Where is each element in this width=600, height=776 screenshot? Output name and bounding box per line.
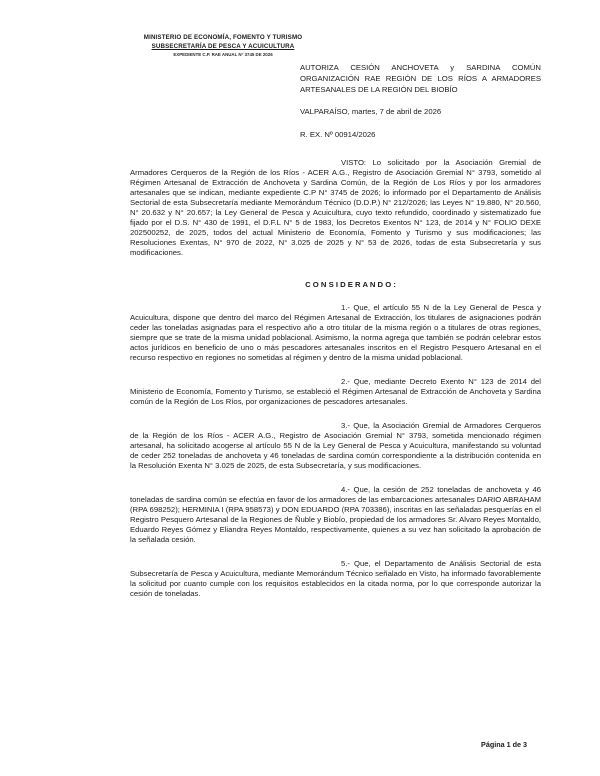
letterhead: MINISTERIO DE ECONOMÍA, FOMENTO Y TURISM…: [108, 33, 338, 59]
ministry-name: MINISTERIO DE ECONOMÍA, FOMENTO Y TURISM…: [108, 33, 338, 42]
subsecretaria-name: SUBSECRETARÍA DE PESCA Y ACUICULTURA: [108, 42, 338, 51]
expediente-reference: EXPEDIENTE C.P. RAE ANUAL N° 3745 DE 202…: [108, 51, 338, 59]
resolution-body: VISTO: Lo solicitado por la Asociación G…: [130, 158, 541, 613]
place-and-date: VALPARAÍSO, martes, 7 de abril de 2026: [300, 106, 541, 117]
considerando-item-2: 2.- Que, mediante Decreto Exento N° 123 …: [130, 377, 541, 407]
document-page: MINISTERIO DE ECONOMÍA, FOMENTO Y TURISM…: [0, 0, 600, 776]
considerando-item-4: 4.- Que, la cesión de 252 toneladas de a…: [130, 485, 541, 545]
subject-block: AUTORIZA CESIÓN ANCHOVETA y SARDINA COMÚ…: [300, 62, 541, 140]
page-number: Página 1 de 3: [481, 740, 527, 749]
considerando-item-5: 5.- Que, el Departamento de Análisis Sec…: [130, 559, 541, 599]
visto-paragraph: VISTO: Lo solicitado por la Asociación G…: [130, 158, 541, 258]
considerando-item-1: 1.- Que, el artículo 55 N de la Ley Gene…: [130, 303, 541, 363]
considerando-heading: C O N S I D E R A N D O :: [130, 280, 541, 290]
resolution-number: R. EX. Nº 00914/2026: [300, 129, 541, 140]
considerando-item-3: 3.- Que, la Asociación Gremial de Armado…: [130, 421, 541, 471]
resolution-subject: AUTORIZA CESIÓN ANCHOVETA y SARDINA COMÚ…: [300, 62, 541, 95]
